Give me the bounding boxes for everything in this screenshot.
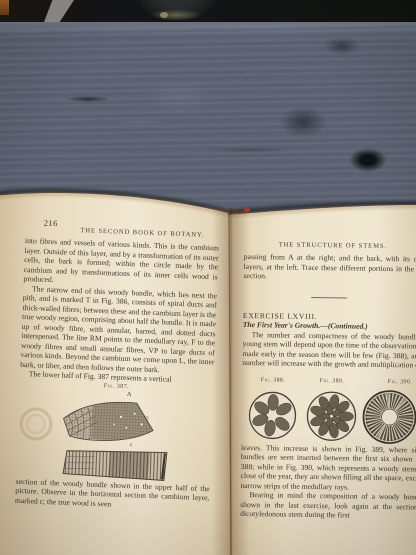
running-header-right: THE STRUCTURE OF STEMS. bbox=[244, 241, 416, 250]
running-header-left: THE SECOND BOOK OF BOTANY. bbox=[65, 227, 219, 240]
figure-captions-row: Fig. 388. Fig. 389. Fig. 390. bbox=[242, 376, 416, 387]
paragraph-intro: into fibres and vessels of various kinds… bbox=[23, 236, 219, 291]
paragraph-number-compactness: The number and compactness of the woody … bbox=[242, 329, 416, 370]
red-fleck-small bbox=[241, 211, 243, 213]
page-number: 216 bbox=[43, 218, 58, 229]
paragraph-bearing: Bearing in mind the composition of a woo… bbox=[240, 490, 416, 521]
figure-388-caption: Fig. 388. bbox=[255, 377, 291, 384]
right-page: THE STRUCTURE OF STEMS. passing from A a… bbox=[240, 236, 416, 521]
figure-387-vertical-section-drawing bbox=[54, 446, 173, 483]
paragraph-woody-bundle: The narrow end of this woody bundle, whi… bbox=[20, 283, 217, 376]
paragraph-passing: passing from A at the right; and the bar… bbox=[243, 252, 416, 283]
fig-388-drawing bbox=[249, 392, 296, 439]
figure-389-caption: Fig. 389. bbox=[314, 377, 350, 384]
left-page: 216 THE SECOND BOOK OF BOTANY. into fibr… bbox=[15, 214, 220, 512]
red-fleck bbox=[244, 208, 250, 212]
fig-390-drawing bbox=[363, 390, 416, 443]
stem-cross-section-figures bbox=[241, 386, 416, 445]
figure-387: Fig. 387. A bbox=[38, 380, 192, 483]
photo-open-botany-book: 216 THE SECOND BOOK OF BOTANY. into fibr… bbox=[0, 0, 416, 555]
paragraph-leaves: leaves. This increase is shown in Fig. 3… bbox=[240, 442, 416, 492]
right-page-header-row: THE STRUCTURE OF STEMS. bbox=[244, 236, 416, 255]
figure-387-wedge-drawing bbox=[50, 395, 180, 444]
fig-389-drawing bbox=[307, 391, 356, 440]
section-divider-rule bbox=[311, 296, 347, 298]
figure-390-caption: Fig. 390. bbox=[382, 378, 416, 385]
